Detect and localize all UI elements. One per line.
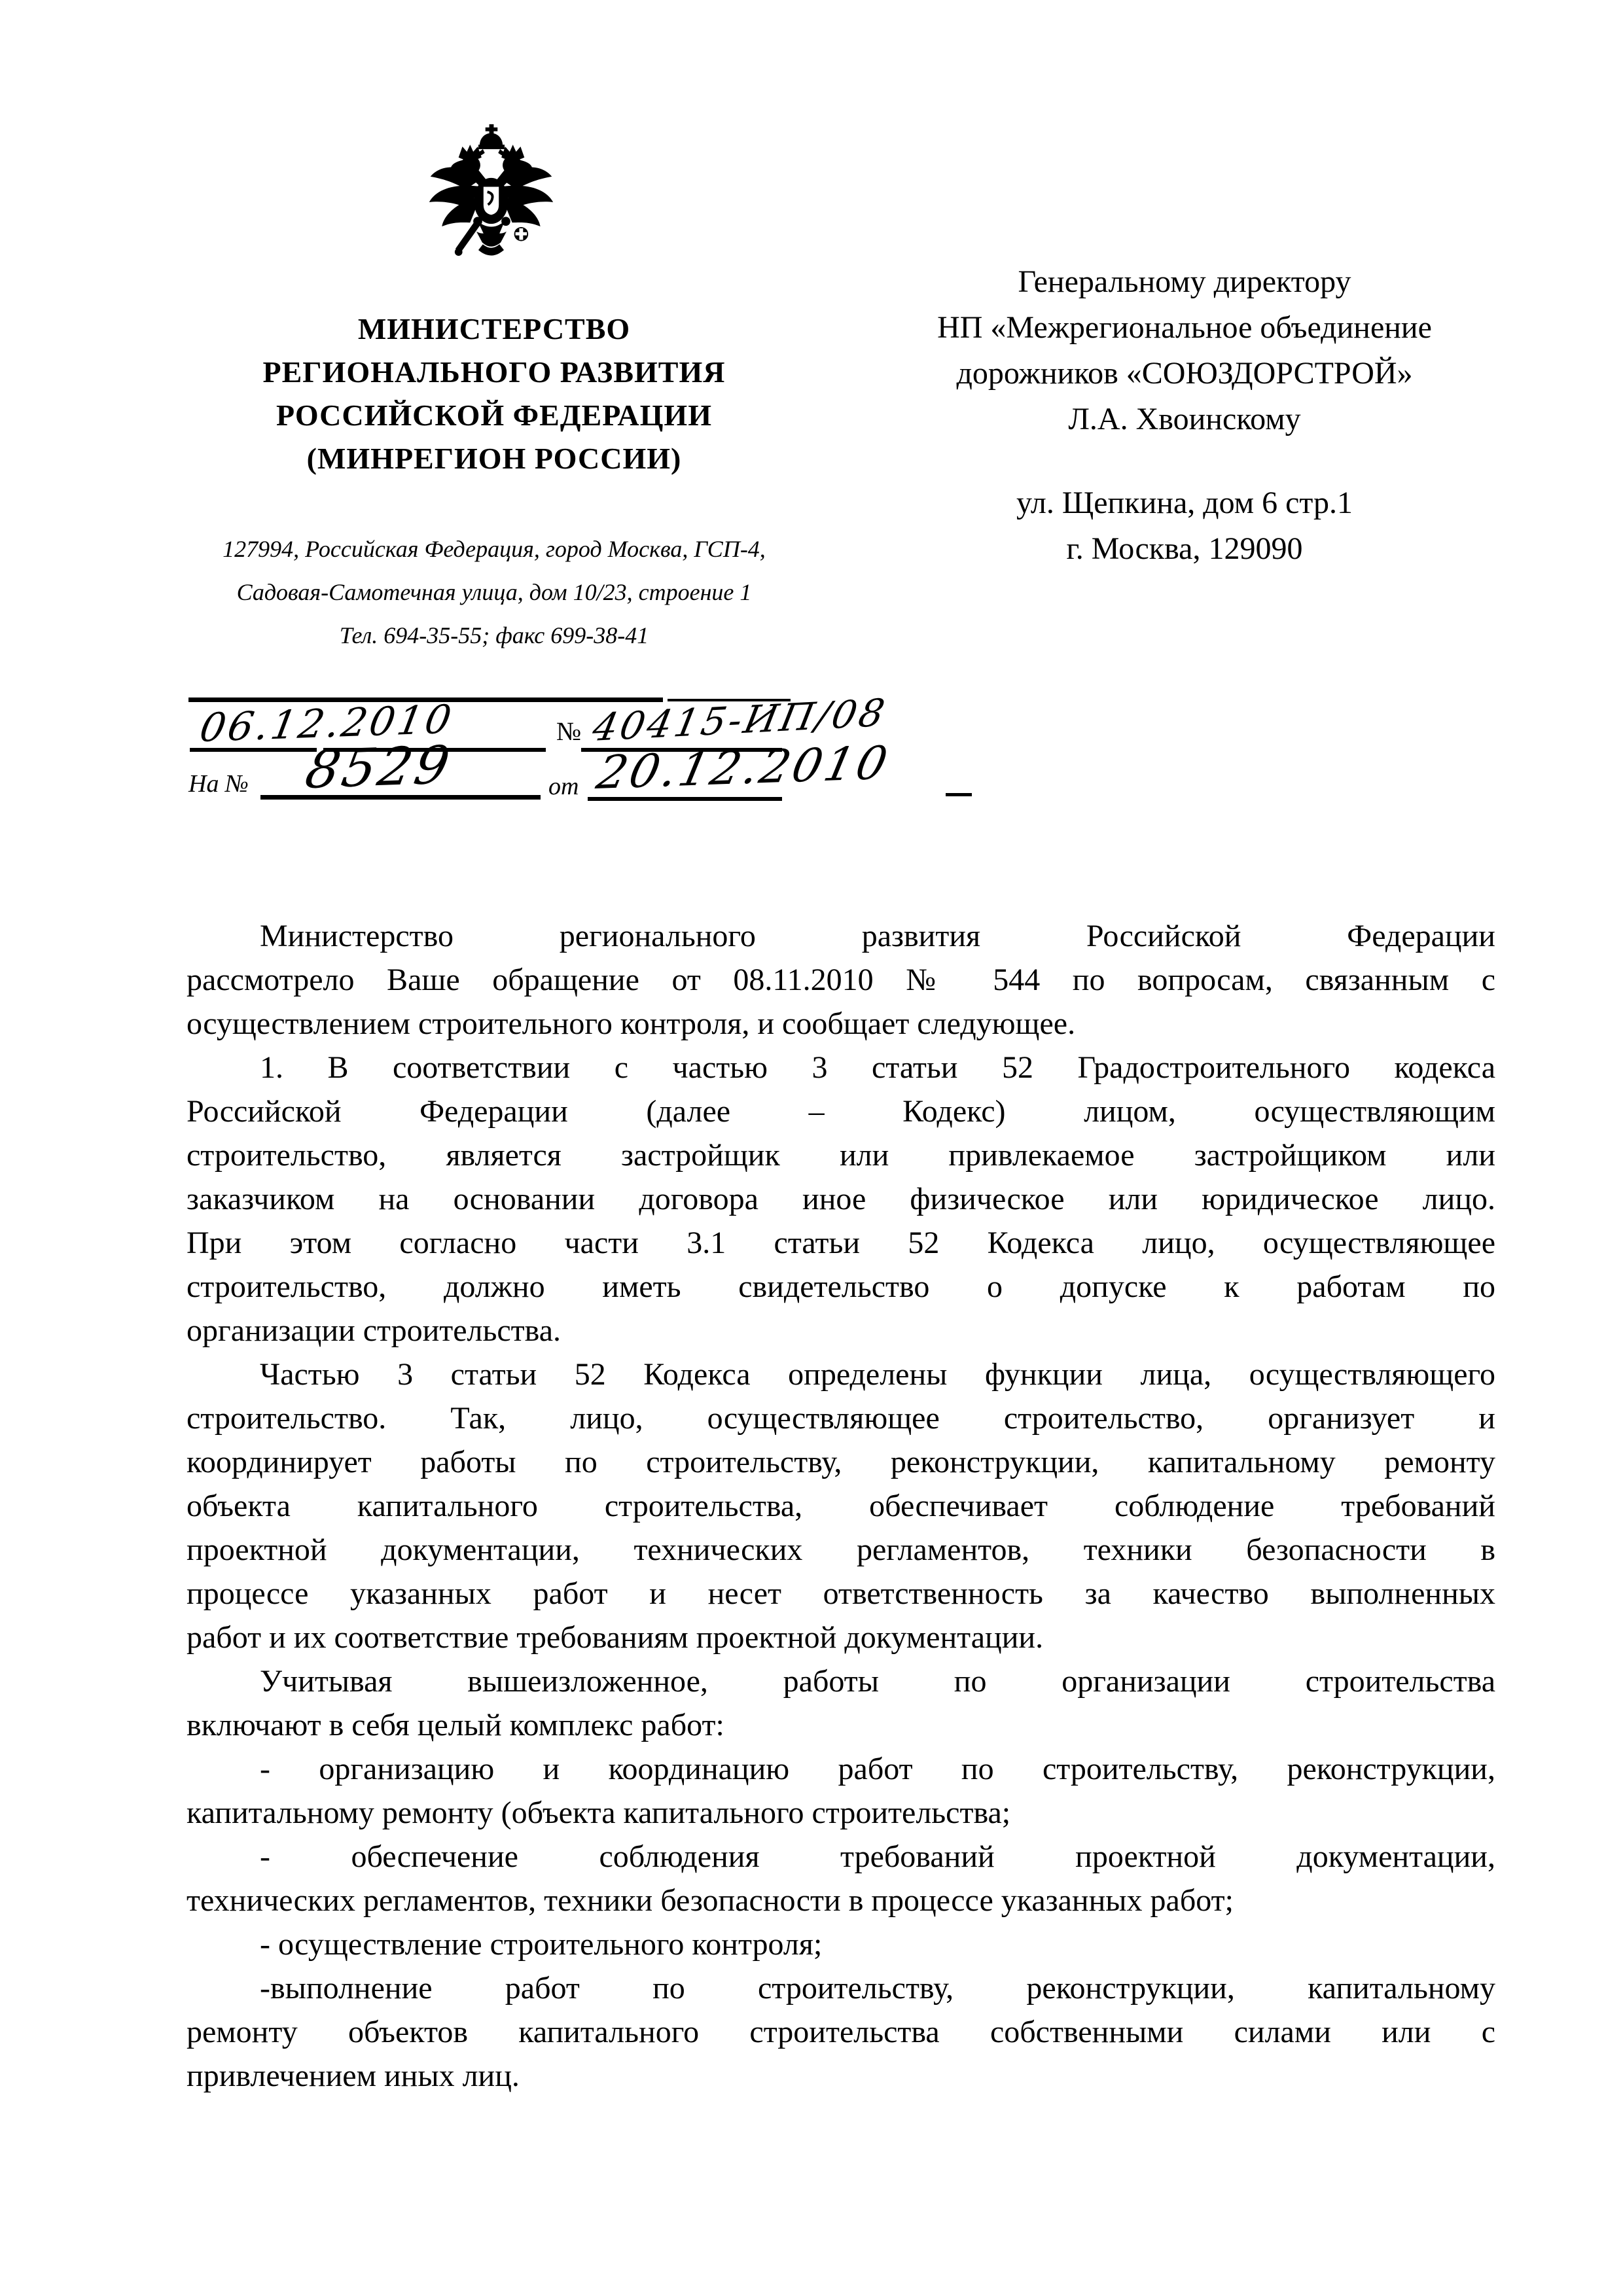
recipient-address-line: ул. Щепкина, дом 6 стр.1 xyxy=(851,480,1518,526)
recipient-line: Генеральному директору xyxy=(851,259,1518,305)
body-line: включают в себя целый комплекс работ: xyxy=(187,1703,1495,1747)
recipient-line: НП «Межрегиональное объединение xyxy=(851,305,1518,351)
paragraph: Частью 3 статьи 52 Кодекса определены фу… xyxy=(187,1352,1495,1659)
body-line: ремонту объектов капитального строительс… xyxy=(187,2010,1495,2054)
body-line: осуществлением строительного контроля, и… xyxy=(187,1002,1495,1046)
paragraph: - организацию и координацию работ по стр… xyxy=(187,1747,1495,1835)
paragraph: - обеспечение соблюдения требований прое… xyxy=(187,1835,1495,1922)
ministry-name-line: РЕГИОНАЛЬНОГО РАЗВИТИЯ xyxy=(167,351,821,394)
recipient-line: Л.А. Хвоинскому xyxy=(851,397,1518,442)
body-line: объекта капитального строительства, обес… xyxy=(187,1484,1495,1528)
body-line: -выполнение работ по строительству, реко… xyxy=(187,1966,1495,2010)
body-line: процессе указанных работ и несет ответст… xyxy=(187,1572,1495,1616)
paragraph: Министерство регионального развития Росс… xyxy=(187,914,1495,1046)
body-line: При этом согласно части 3.1 статьи 52 Ко… xyxy=(187,1221,1495,1265)
letter-page: МИНИСТЕРСТВОРЕГИОНАЛЬНОГО РАЗВИТИЯРОССИЙ… xyxy=(0,0,1623,2296)
body-line: технических регламентов, техники безопас… xyxy=(187,1879,1495,1922)
letter-body: Министерство регионального развития Росс… xyxy=(187,914,1495,2098)
sender-address-line: Садовая-Самотечная улица, дом 10/23, стр… xyxy=(167,571,821,614)
body-line: привлечением иных лиц. xyxy=(187,2054,1495,2098)
number-label: № xyxy=(556,716,581,747)
recipient-address: ул. Щепкина, дом 6 стр.1г. Москва, 12909… xyxy=(851,480,1518,572)
incoming-date-label: от xyxy=(548,772,579,801)
recipient-lines: Генеральному директоруНП «Межрегионально… xyxy=(851,259,1518,442)
sender-ministry-name: МИНИСТЕРСТВОРЕГИОНАЛЬНОГО РАЗВИТИЯРОССИЙ… xyxy=(167,308,821,480)
body-line: рассмотрело Ваше обращение от 08.11.2010… xyxy=(187,958,1495,1002)
recipient-address-line: г. Москва, 129090 xyxy=(851,526,1518,572)
body-line: - обеспечение соблюдения требований прое… xyxy=(187,1835,1495,1879)
underline xyxy=(946,793,972,796)
handwritten-incoming-number: 8529 xyxy=(301,734,457,800)
sender-address: 127994, Российская Федерация, город Моск… xyxy=(167,527,821,657)
body-line: Министерство регионального развития Росс… xyxy=(187,914,1495,958)
sender-address-line: 127994, Российская Федерация, город Моск… xyxy=(167,527,821,571)
ministry-name-line: (МИНРЕГИОН РОССИИ) xyxy=(167,437,821,480)
body-line: Учитывая вышеизложенное, работы по орган… xyxy=(187,1659,1495,1703)
body-line: капитальному ремонту (объекта капитально… xyxy=(187,1791,1495,1835)
paragraph: -выполнение работ по строительству, реко… xyxy=(187,1966,1495,2098)
sender-address-line: Тел. 694-35-55; факс 699-38-41 xyxy=(167,614,821,657)
handwritten-incoming-date: 20.12.2010 xyxy=(592,736,895,800)
body-line: - осуществление строительного контроля; xyxy=(187,1922,1495,1966)
paragraph: 1. В соответствии с частью 3 статьи 52 Г… xyxy=(187,1046,1495,1352)
body-line: организации строительства. xyxy=(187,1309,1495,1352)
ministry-name-line: РОССИЙСКОЙ ФЕДЕРАЦИИ xyxy=(167,394,821,437)
body-line: координирует работы по строительству, ре… xyxy=(187,1440,1495,1484)
body-line: проектной документации, технических регл… xyxy=(187,1528,1495,1572)
underline xyxy=(190,748,317,752)
coat-of-arms-icon xyxy=(424,123,558,279)
paragraph: - осуществление строительного контроля; xyxy=(187,1922,1495,1966)
incoming-number-label: На № xyxy=(188,769,249,798)
body-line: работ и их соответствие требованиям прое… xyxy=(187,1616,1495,1659)
body-line: строительство. Так, лицо, осуществляющее… xyxy=(187,1396,1495,1440)
recipient-block: Генеральному директоруНП «Межрегионально… xyxy=(851,259,1518,572)
underline xyxy=(260,795,541,800)
body-line: 1. В соответствии с частью 3 статьи 52 Г… xyxy=(187,1046,1495,1089)
body-line: Частью 3 статьи 52 Кодекса определены фу… xyxy=(187,1352,1495,1396)
body-line: строительство, является застройщик или п… xyxy=(187,1133,1495,1177)
body-line: - организацию и координацию работ по стр… xyxy=(187,1747,1495,1791)
underline xyxy=(588,797,782,801)
body-line: Российской Федерации (далее – Кодекс) ли… xyxy=(187,1089,1495,1133)
paragraph: Учитывая вышеизложенное, работы по орган… xyxy=(187,1659,1495,1747)
ministry-name-line: МИНИСТЕРСТВО xyxy=(167,308,821,351)
body-line: строительство, должно иметь свидетельств… xyxy=(187,1265,1495,1309)
recipient-line: дорожников «СОЮЗДОРСТРОЙ» xyxy=(851,351,1518,397)
body-line: заказчиком на основании договора иное фи… xyxy=(187,1177,1495,1221)
